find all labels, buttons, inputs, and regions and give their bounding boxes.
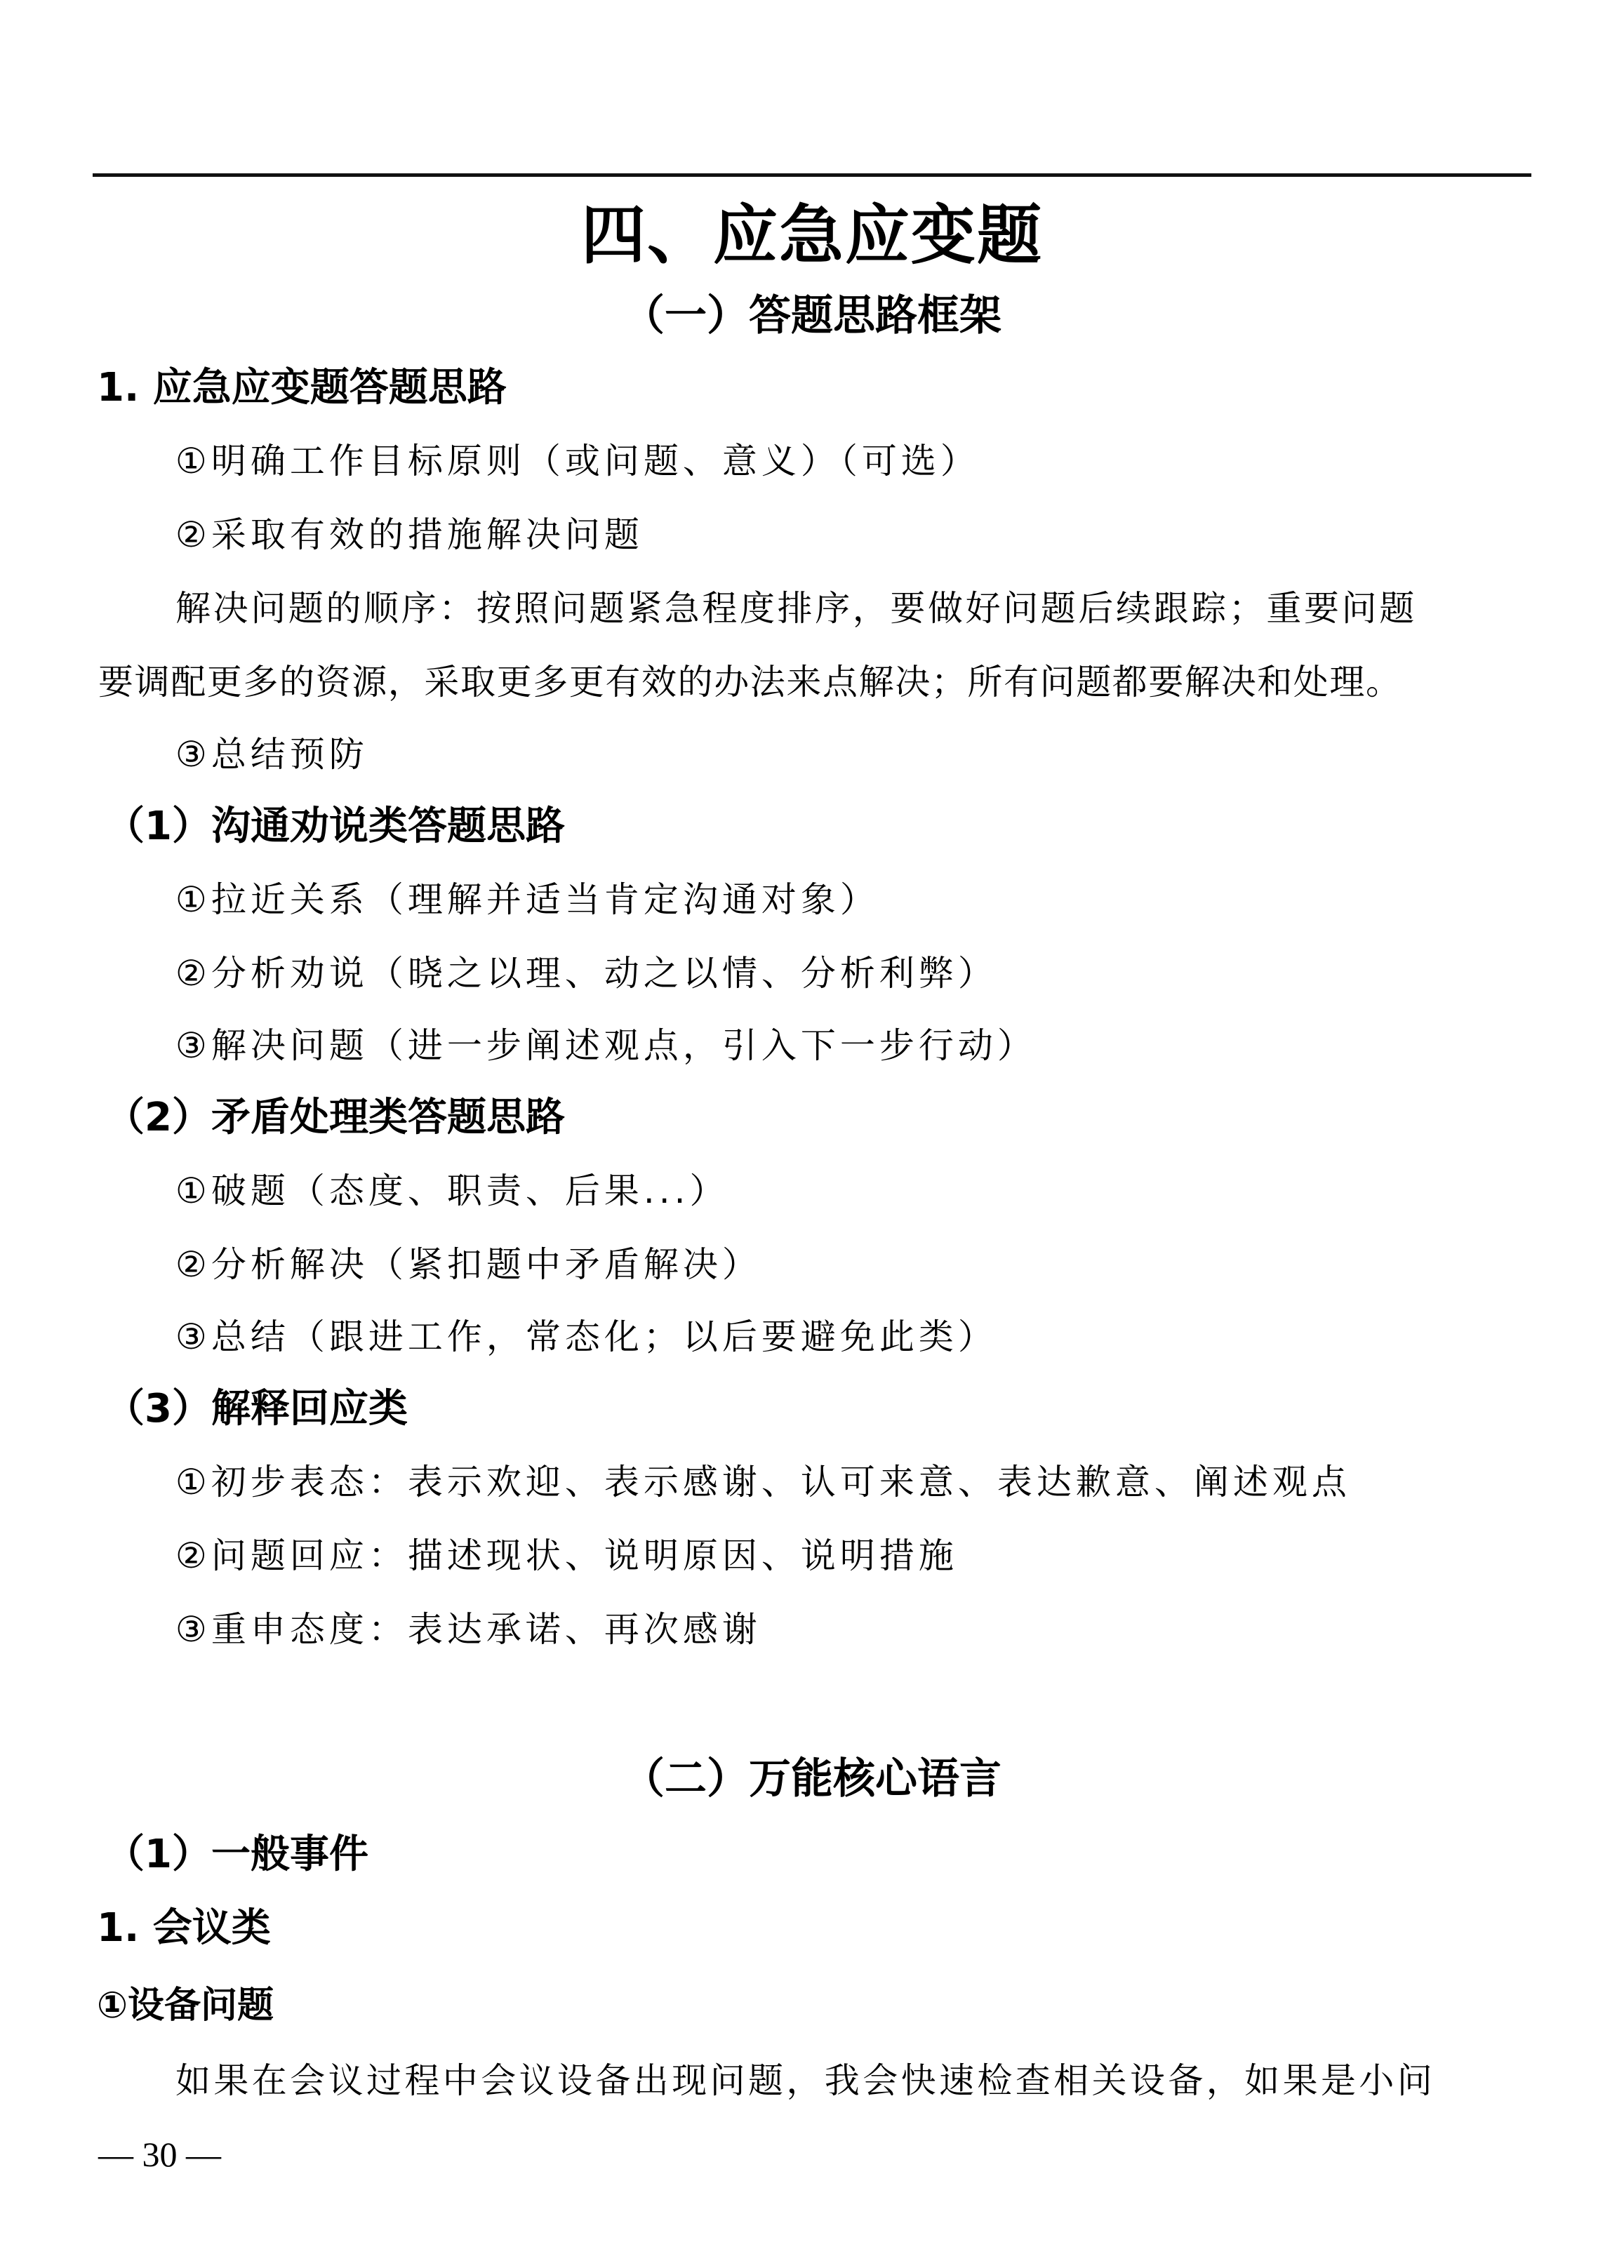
heading-explanation: （3）解释回应类 (105, 1389, 408, 1429)
list-item: ③重申态度：表达承诺、再次感谢 (175, 1612, 761, 1647)
list-item: ②分析劝说（晓之以理、动之以情、分析利弊） (175, 956, 997, 991)
list-item: ③总结（跟进工作，常态化；以后要避免此类） (175, 1319, 997, 1354)
section-title: 四、应急应变题 (0, 204, 1624, 268)
list-item: ①破题（态度、职责、后果...） (175, 1173, 729, 1208)
subtitle-core-language: （二）万能核心语言 (0, 1758, 1624, 1800)
list-item: ②分析解决（紧扣题中矛盾解决） (175, 1247, 761, 1282)
heading-answer-approach: 1. 应急应变题答题思路 (97, 368, 507, 408)
page-number: — 30 — (98, 2137, 221, 2172)
list-item: ①初步表态：表示欢迎、表示感谢、认可来意、表达歉意、阐述观点 (175, 1465, 1351, 1500)
heading-general-events: （1）一般事件 (105, 1835, 368, 1874)
subtitle-framework: （一）答题思路框架 (0, 295, 1624, 337)
header-rule (93, 173, 1531, 177)
heading-persuasion: （1）沟通劝说类答题思路 (105, 807, 565, 846)
heading-conflict: （2）矛盾处理类答题思路 (105, 1098, 565, 1138)
list-item: ③总结预防 (175, 737, 368, 772)
paragraph-line: 如果在会议过程中会议设备出现问题，我会快速检查相关设备，如果是小问 (175, 2063, 1435, 2098)
paragraph-line: 解决问题的顺序：按照问题紧急程度排序，要做好问题后续跟踪；重要问题 (175, 591, 1417, 626)
list-item: ①明确工作目标原则（或问题、意义）（可选） (175, 443, 980, 479)
list-item: ①拉近关系（理解并适当肯定沟通对象） (175, 882, 879, 917)
heading-meeting: 1. 会议类 (97, 1909, 271, 1948)
list-item: ③解决问题（进一步阐述观点，引入下一步行动） (175, 1028, 1037, 1063)
paragraph-line: 要调配更多的资源，采取更多更有效的办法来点解决；所有问题都要解决和处理。 (98, 665, 1402, 700)
heading-device-issue: ①设备问题 (97, 1987, 274, 2024)
list-item: ②问题回应：描述现状、说明原因、说明措施 (175, 1538, 958, 1573)
list-item: ②采取有效的措施解决问题 (175, 517, 644, 552)
